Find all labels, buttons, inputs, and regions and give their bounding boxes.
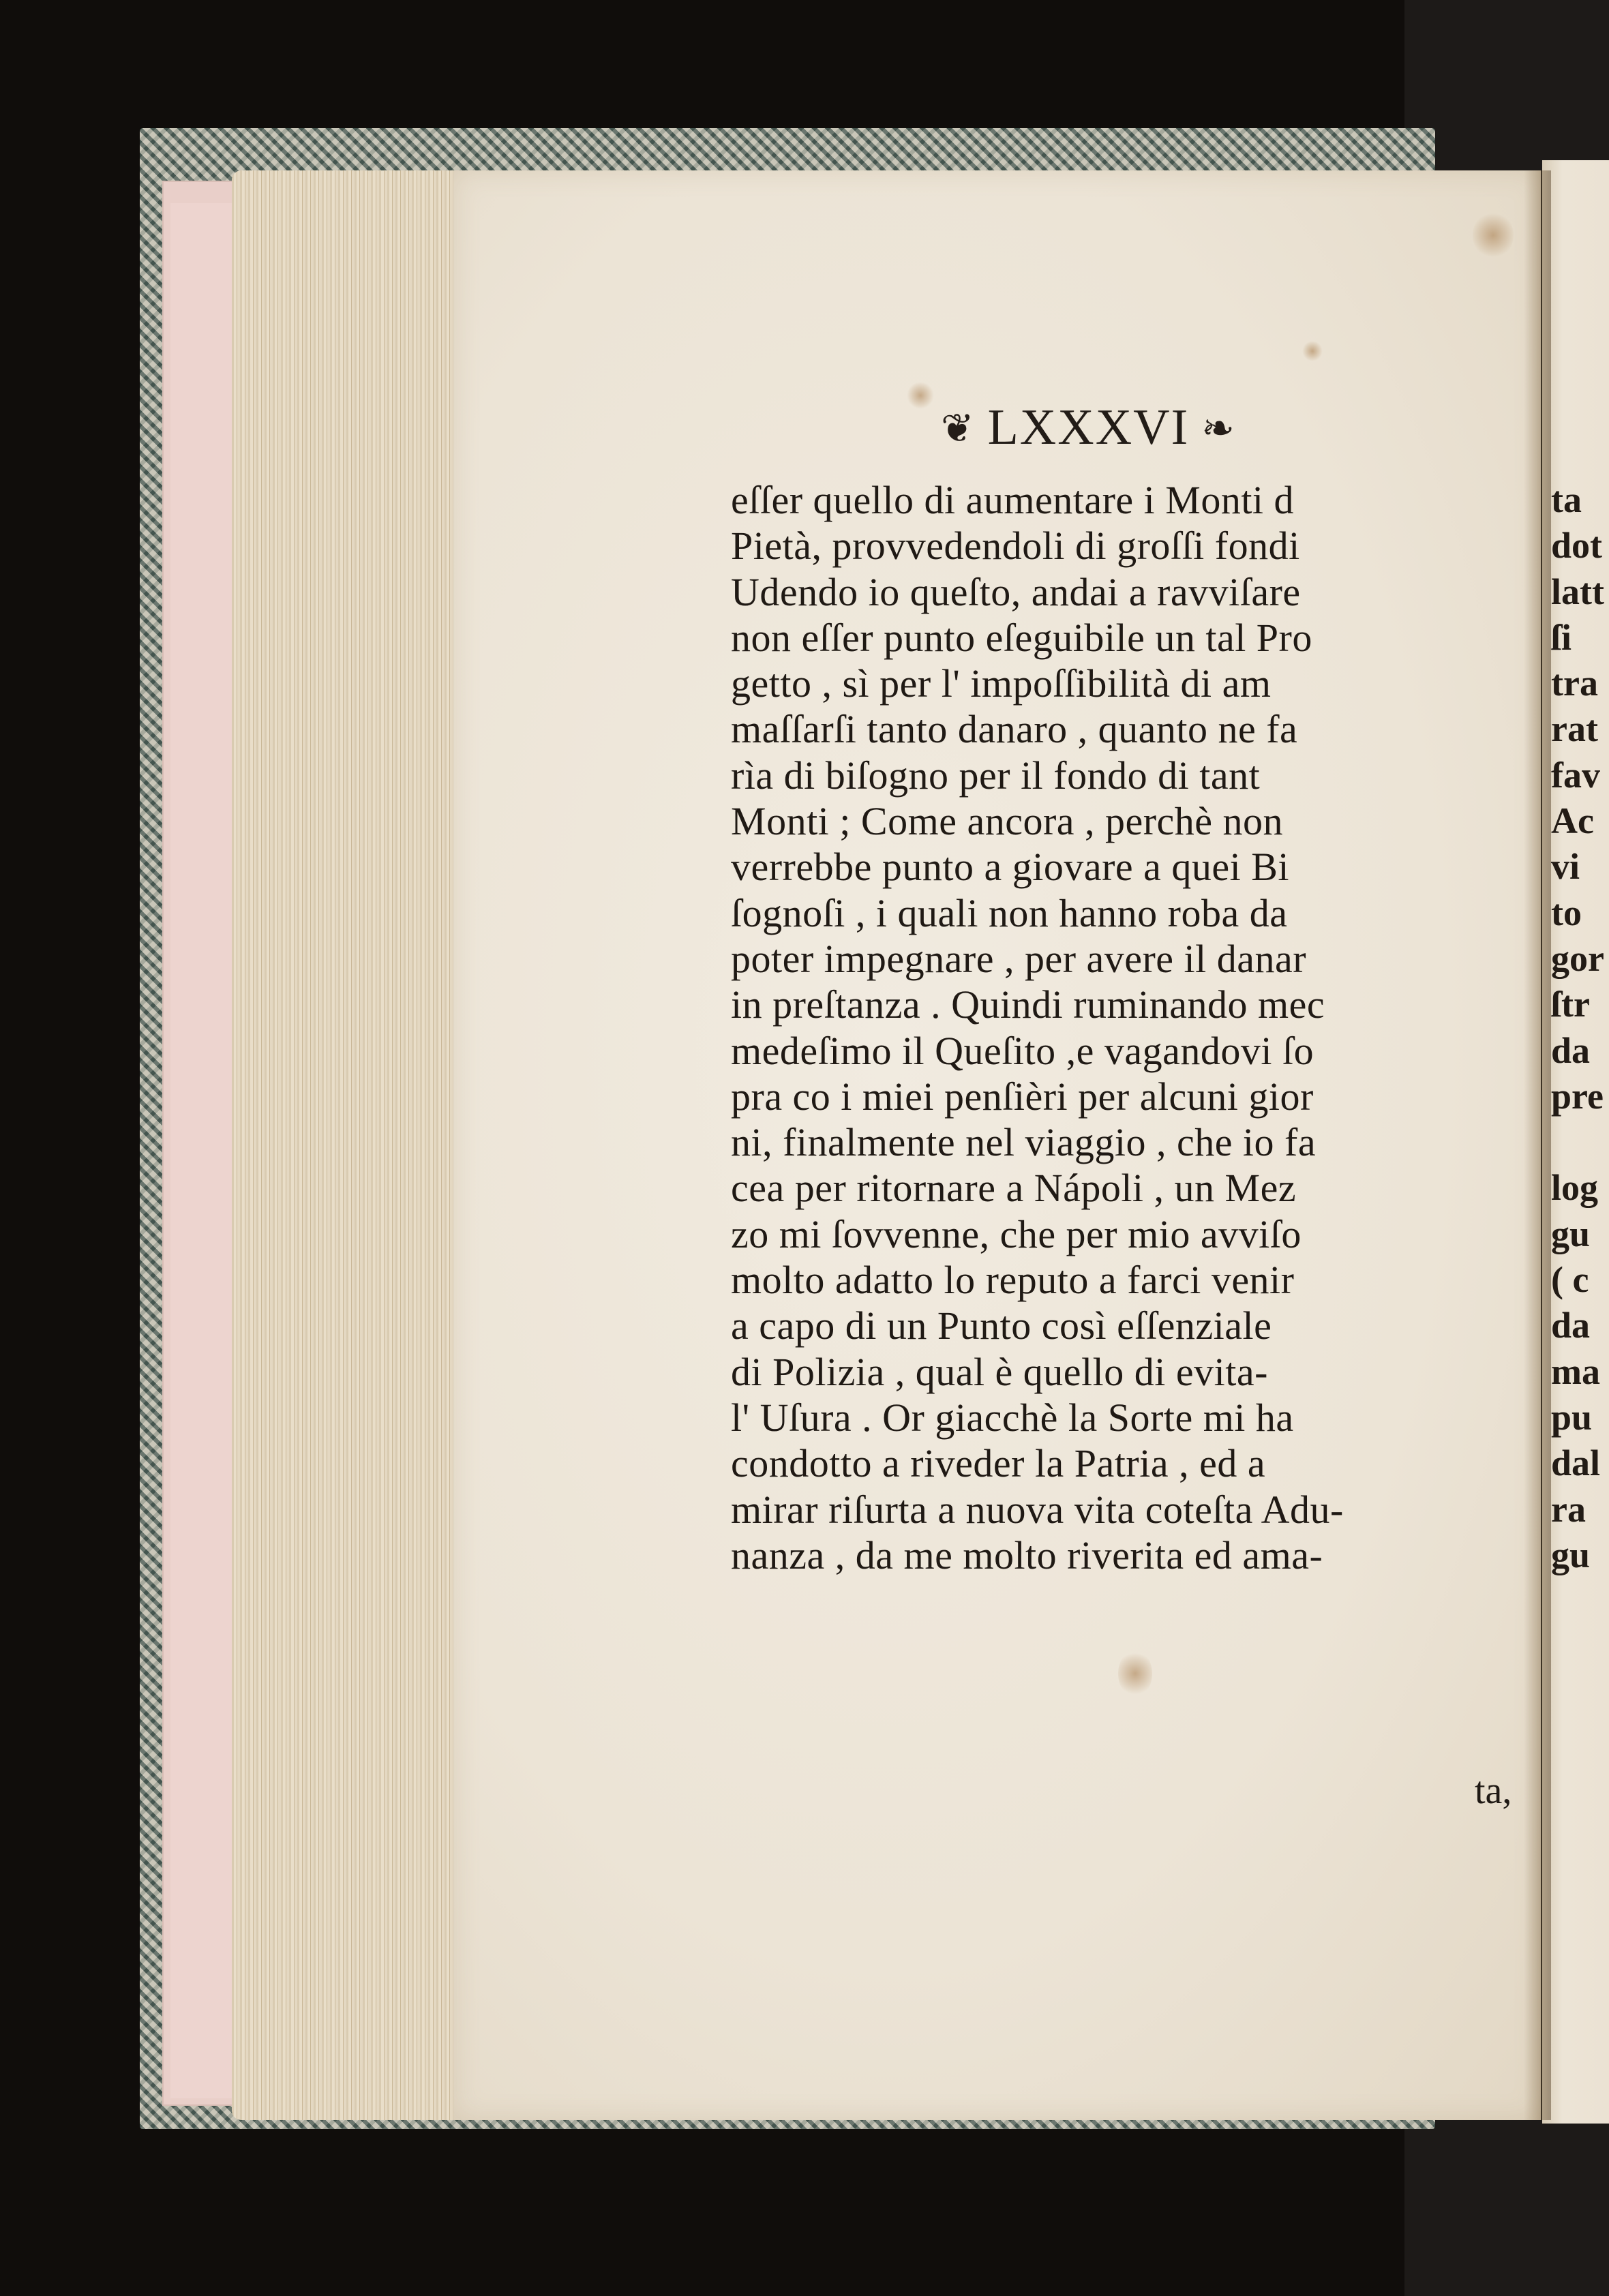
page-number: LXXXVI bbox=[988, 399, 1190, 457]
facing-line: vi bbox=[1551, 844, 1609, 890]
text-line: pra co i miei penſièri per alcuni gior bbox=[731, 1074, 1529, 1119]
foxing-stain bbox=[1118, 1650, 1152, 1697]
text-line: Udendo io queſto, andai a ravviſare bbox=[731, 569, 1529, 615]
facing-line: log bbox=[1551, 1165, 1609, 1211]
text-line: condotto a riveder la Patria , ed a bbox=[731, 1440, 1529, 1486]
text-line: mirar riſurta a nuova vita coteſta Adu- bbox=[731, 1487, 1529, 1532]
page-fore-edge bbox=[232, 170, 457, 2120]
text-line: poter impegnare , per avere il danar bbox=[731, 936, 1529, 982]
pink-endpaper-inner bbox=[170, 203, 232, 2098]
text-line: medeſimo il Queſito ,e vagandovi ſo bbox=[731, 1028, 1529, 1074]
text-line: nanza , da me molto riverita ed ama- bbox=[731, 1532, 1529, 1578]
text-line: non eſſer punto eſeguibile un tal Pro bbox=[731, 615, 1529, 661]
page-body-text: eſſer quello di aumentare i Monti d Piet… bbox=[731, 477, 1529, 1578]
facing-line: latt bbox=[1551, 569, 1609, 615]
facing-line: fav bbox=[1551, 753, 1609, 798]
text-line: Monti ; Come ancora , perchè non bbox=[731, 798, 1529, 844]
text-line: getto , sì per l' impoſſibilità di am bbox=[731, 661, 1529, 706]
text-line: ſognoſi , i quali non hanno roba da bbox=[731, 890, 1529, 936]
fleuron-right-icon: ❧ bbox=[1201, 405, 1236, 451]
facing-line: pre bbox=[1551, 1074, 1609, 1119]
facing-line bbox=[1551, 1119, 1609, 1165]
running-head: ❦ LXXXVI ❧ bbox=[941, 399, 1350, 457]
catchword: ta, bbox=[1475, 1769, 1512, 1813]
foxing-stain bbox=[1302, 341, 1323, 361]
text-line: in preſtanza . Quindi ruminando mec bbox=[731, 982, 1529, 1027]
text-line: rìa di biſogno per il fondo di tant bbox=[731, 753, 1529, 798]
facing-line: dot bbox=[1551, 523, 1609, 569]
facing-line: gu bbox=[1551, 1532, 1609, 1578]
text-line: maſſarſi tanto danaro , quanto ne fa bbox=[731, 706, 1529, 752]
facing-line: tra bbox=[1551, 661, 1609, 706]
facing-line: ( c bbox=[1551, 1257, 1609, 1303]
text-line: l' Uſura . Or giacchè la Sorte mi ha bbox=[731, 1395, 1529, 1440]
text-line: di Polizia , qual è quello di evita- bbox=[731, 1349, 1529, 1395]
facing-line: ra bbox=[1551, 1487, 1609, 1532]
fleuron-left-icon: ❦ bbox=[941, 405, 976, 451]
facing-line: gu bbox=[1551, 1211, 1609, 1257]
text-line: a capo di un Punto così eſſenziale bbox=[731, 1303, 1529, 1348]
text-line: zo mi ſovvenne, che per mio avviſo bbox=[731, 1211, 1529, 1257]
facing-line: to bbox=[1551, 890, 1609, 936]
facing-line: dal bbox=[1551, 1440, 1609, 1486]
facing-page-text: ta dot latt ſi tra rat fav Ac vi to gor … bbox=[1551, 477, 1609, 1578]
foxing-stain bbox=[907, 382, 934, 409]
text-line: verrebbe punto a giovare a quei Bi bbox=[731, 844, 1529, 890]
facing-line: da bbox=[1551, 1028, 1609, 1074]
facing-line: ma bbox=[1551, 1349, 1609, 1395]
text-line: ni, finalmente nel viaggio , che io fa bbox=[731, 1119, 1529, 1165]
text-line: Pietà, provvedendoli di groſſi fondi bbox=[731, 523, 1529, 569]
text-line: molto adatto lo reputo a farci venir bbox=[731, 1257, 1529, 1303]
facing-line: pu bbox=[1551, 1395, 1609, 1440]
facing-line: ta bbox=[1551, 477, 1609, 523]
facing-line: rat bbox=[1551, 706, 1609, 752]
foxing-stain bbox=[1473, 211, 1514, 259]
facing-line: da bbox=[1551, 1303, 1609, 1348]
facing-line: Ac bbox=[1551, 798, 1609, 844]
facing-line: gor bbox=[1551, 936, 1609, 982]
text-line: eſſer quello di aumentare i Monti d bbox=[731, 477, 1529, 523]
facing-line: ſi bbox=[1551, 615, 1609, 661]
facing-line: ſtr bbox=[1551, 982, 1609, 1027]
text-line: cea per ritornare a Nápoli , un Mez bbox=[731, 1165, 1529, 1211]
